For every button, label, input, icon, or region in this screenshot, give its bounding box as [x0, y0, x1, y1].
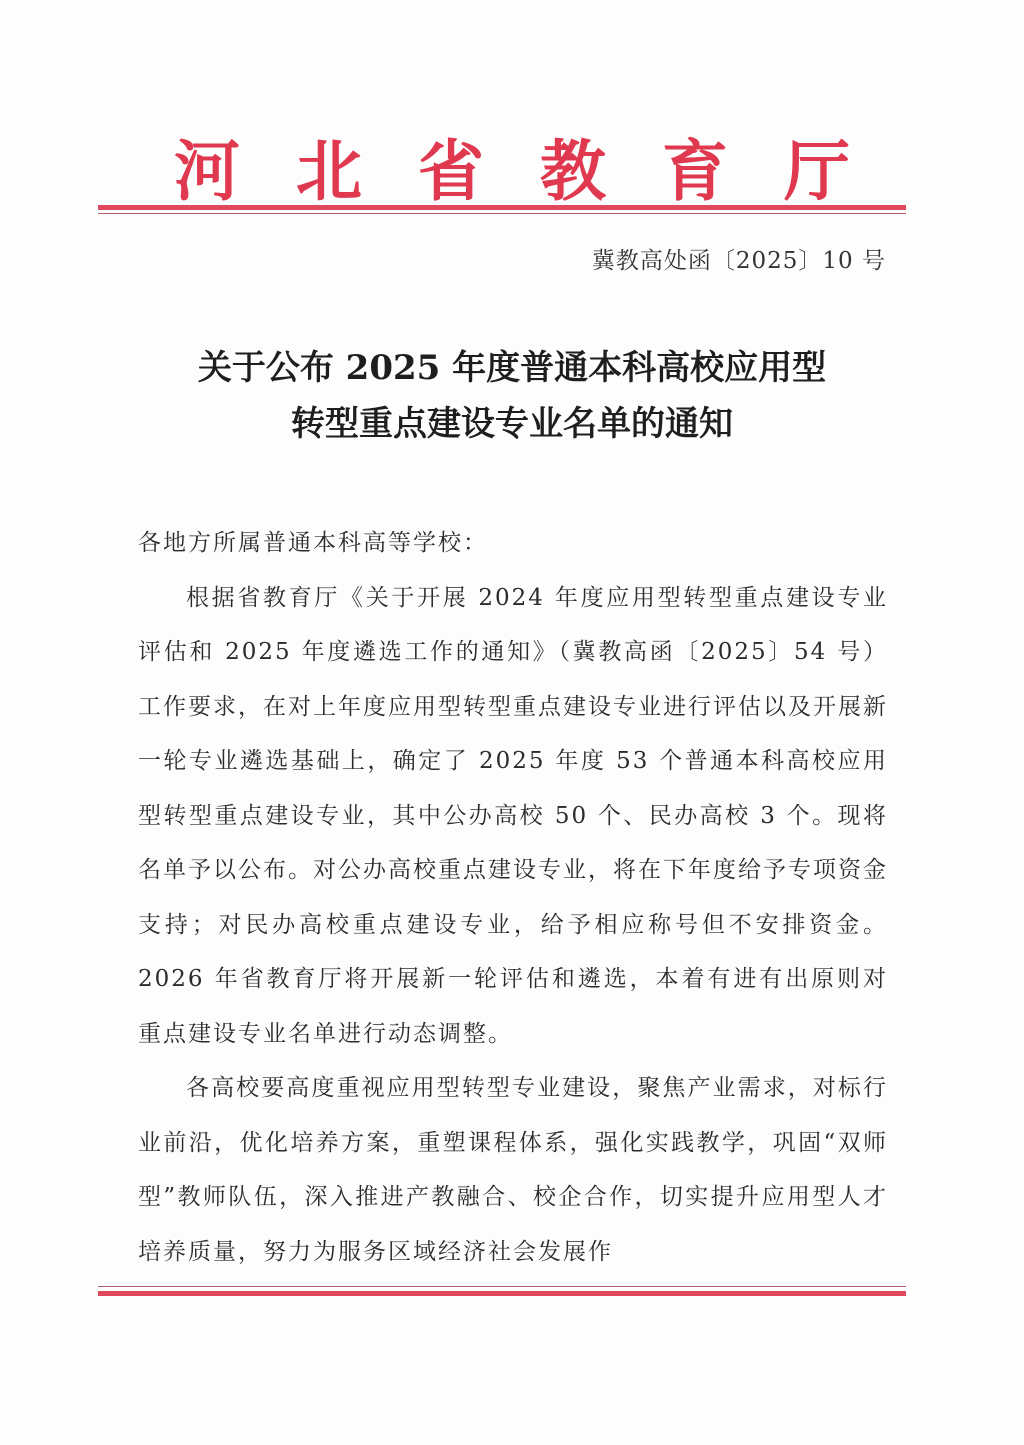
document-number: 冀教高处函〔2025〕10 号 [592, 242, 886, 275]
footer-red-rule-thin [98, 1286, 906, 1287]
header-red-rule-thick [98, 205, 906, 210]
letterhead-char: 厅 [784, 118, 850, 213]
document-body: 各地方所属普通本科高等学校： 根据省教育厅《关于开展 2024 年度应用型转型重… [138, 516, 888, 1279]
paragraph: 各高校要高度重视应用型转型专业建设，聚焦产业需求，对标行业前沿，优化培养方案，重… [138, 1061, 888, 1279]
paragraph: 根据省教育厅《关于开展 2024 年度应用型转型重点建设专业评估和 2025 年… [138, 571, 888, 1062]
letterhead-char: 河 [174, 118, 240, 213]
salutation: 各地方所属普通本科高等学校： [138, 516, 888, 571]
letterhead-char: 育 [662, 118, 728, 213]
footer-red-rule-thick [98, 1291, 906, 1296]
title-line-1: 关于公布 2025 年度普通本科高校应用型 [0, 340, 1024, 396]
letterhead-char: 教 [540, 118, 606, 213]
header-red-rule-thin [98, 213, 906, 214]
document-title: 关于公布 2025 年度普通本科高校应用型 转型重点建设专业名单的通知 [0, 340, 1024, 452]
letterhead-title: 河北省教育厅 [0, 118, 1024, 213]
letterhead-char: 省 [418, 118, 484, 213]
letterhead-char: 北 [296, 118, 362, 213]
title-line-2: 转型重点建设专业名单的通知 [0, 396, 1024, 452]
